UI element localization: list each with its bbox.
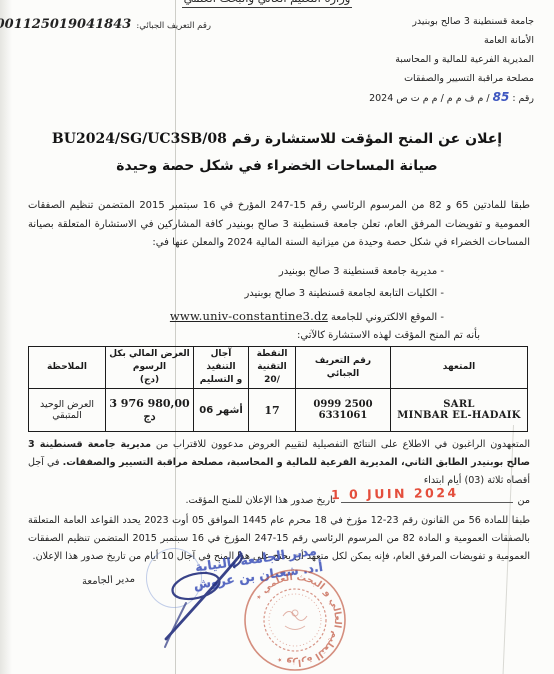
letterhead-secretariat: الأمانة العامة: [369, 31, 534, 50]
ministry-header-text: وزارة التعليم العالي والبحث العلمي: [182, 0, 353, 8]
date-blank-line: منتاريخ صدور هذا الإعلان للمنح المؤقت. 1…: [28, 490, 530, 510]
table-header-row: المتعهد رقم التعريف الجبائي النقطة التقن…: [29, 347, 528, 389]
date-stamp: 1 0 JUIN 2024: [331, 485, 459, 502]
cell-financial-offer: 3 976 980,00 دج: [106, 389, 194, 432]
cell-contractor: SARL MINBAR EL-HADAIK: [391, 389, 528, 432]
announcement-title-line1: إعلان عن المنح المؤقت للاستشارة رقم BU20…: [30, 126, 524, 153]
results-part1: المتعهدون الراغبون في الاطلاع على النتائ…: [151, 439, 530, 450]
scanned-announcement-page: وزارة التعليم العالي والبحث العلمي رقم ا…: [0, 0, 554, 674]
publication-list: - مديرية جامعة قسنطينة 3 صالح بوبنيدر - …: [40, 261, 444, 329]
award-row: SARL MINBAR EL-HADAIK 0999 2500 6331061 …: [29, 389, 528, 432]
official-round-stamp: ٭ وزارة التعليم العالي و البحث العلمي ٭: [241, 566, 349, 674]
cell-technical-score: 17: [249, 389, 296, 432]
announcement-title-line2: صيانة المساحات الخضراء في شكل حصة وحيدة: [30, 153, 524, 180]
cell-remark: العرض الوحيد المتبقي: [29, 389, 106, 432]
bullet-directorate: - مديرية جامعة قسنطينة 3 صالح بوبنيدر: [40, 261, 444, 283]
line3-suffix: تاريخ صدور هذا الإعلان للمنح المؤقت.: [185, 495, 335, 506]
col-header-delay: آجال التنفيذ و التسليم: [194, 347, 249, 389]
scan-edge-shadow: [0, 0, 12, 674]
col-header-tax-id: رقم التعريف الجبائي: [296, 347, 391, 389]
results-paragraph: المتعهدون الراغبون في الاطلاع على النتائ…: [28, 436, 530, 490]
tax-id-value: 001125019041843: [0, 17, 131, 32]
letterhead-university: جامعة قسنطينة 3 صالح بوبنيدر: [369, 12, 534, 31]
ministry-header: وزارة التعليم العالي والبحث العلمي: [178, 0, 356, 8]
director-title-printed: مدير الجامعة: [82, 574, 135, 588]
col-header-contractor: المتعهد: [391, 347, 528, 389]
bullet-faculties: - الكليات التابعة لجامعة قسنطينة 3 صالح …: [40, 283, 444, 305]
reference-line: رقم : 85 / م ف م م / م م ت ص 2024: [369, 88, 534, 108]
col-header-financial-offer: العرض المالي بكل الرسوم (دج): [106, 347, 194, 389]
letterhead-directorate: المديرية الفرعية للمالية و المحاسبة: [369, 50, 534, 69]
letterhead-service: مصلحة مراقبة التسيير والصفقات: [369, 69, 534, 88]
col-header-technical-score: النقطة التقنية /20: [249, 347, 296, 389]
bullet-website-label: - الموقع الالكتروني للجامعة: [328, 312, 444, 323]
line3-prefix: من: [518, 495, 530, 506]
reference-label: رقم :: [509, 93, 534, 104]
reference-suffix: / م ف م م / م م ت ص 2024: [369, 93, 493, 104]
cell-tax-id: 0999 2500 6331061: [296, 389, 391, 432]
tax-id-label: رقم التعريف الجبائي:: [136, 21, 211, 31]
award-results-table: المتعهد رقم التعريف الجبائي النقطة التقن…: [28, 346, 528, 432]
intro-paragraph: طبقا للمادتين 65 و 82 من المرسوم الرئاسي…: [28, 197, 530, 253]
col-header-remark: الملاحظة: [29, 347, 106, 389]
bullet-website: - الموقع الالكتروني للجامعة www.univ-con…: [40, 305, 444, 329]
tax-id-line: رقم التعريف الجبائي: 001125019041843: [26, 13, 211, 32]
announcement-title: إعلان عن المنح المؤقت للاستشارة رقم BU20…: [30, 126, 524, 180]
reference-number-handwritten: 85: [493, 90, 510, 104]
letterhead-block: جامعة قسنطينة 3 صالح بوبنيدر الأمانة الع…: [369, 12, 534, 108]
website-link: www.univ-constantine3.dz: [170, 309, 328, 323]
cell-delay: 06 أشهر: [194, 389, 249, 432]
pre-table-line: بأنه تم المنح المؤقت لهذه الاستشارة كالآ…: [297, 330, 480, 341]
